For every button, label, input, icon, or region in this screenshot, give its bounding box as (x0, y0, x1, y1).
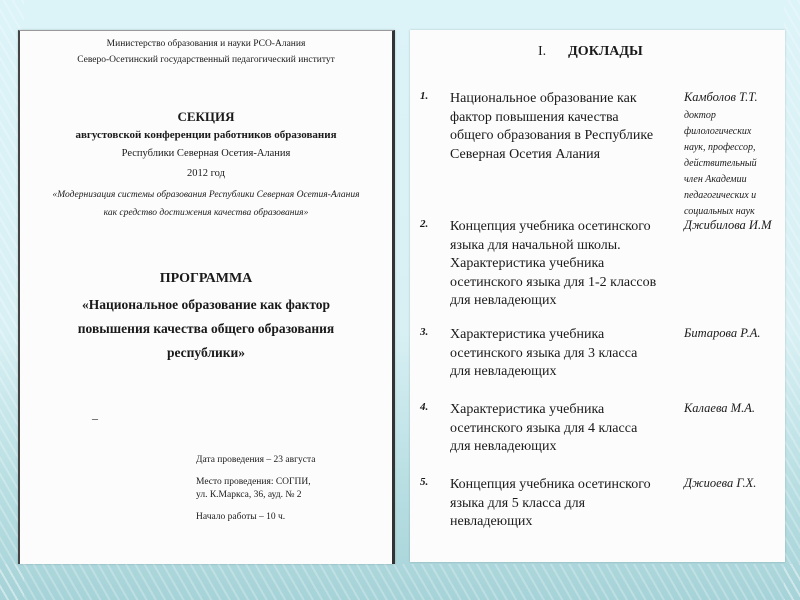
conference-theme: «Модернизация системы образования Респуб… (26, 186, 386, 222)
report-title: Концепция учебника осетинскогоязыка для … (450, 476, 690, 532)
event-place: Место проведения: СОГПИ, ул. К.Маркса, 3… (196, 476, 311, 502)
report-number: 4. (420, 401, 428, 413)
report-number: 2. (420, 218, 428, 230)
report-title: Концепция учебника осетинскогоязыка для … (450, 218, 690, 311)
event-date: Дата проведения – 23 августа (196, 454, 315, 467)
reports-heading: I.ДОКЛАДЫ (538, 44, 643, 60)
report-number: 3. (420, 326, 428, 338)
program-title: «Национальное образование как фактор пов… (40, 293, 372, 365)
republic-name: Республики Северная Осетия-Алания (20, 148, 392, 159)
report-title: Характеристика учебникаосетинского языка… (450, 326, 690, 382)
report-number: 1. (420, 90, 428, 102)
author-credentials: докторфилологическихнаук, профессор,дейс… (684, 108, 794, 220)
stray-mark: – (92, 411, 98, 426)
conference-name: августовской конференции работников обра… (20, 129, 392, 141)
program-cover-page: Министерство образования и науки РСО-Ала… (18, 30, 395, 564)
section-heading: СЕКЦИЯ (20, 109, 392, 125)
report-title: Характеристика учебникаосетинского языка… (450, 401, 690, 457)
report-author: Битарова Р.А. (684, 326, 794, 341)
report-author: Калаева М.А. (684, 401, 794, 416)
report-author: Камболов Т.Т. (684, 90, 794, 105)
report-author: Джибилова И.М (684, 218, 794, 233)
institute-name: Северо-Осетинский государственный педаго… (20, 55, 392, 65)
report-number: 5. (420, 476, 428, 488)
report-author: Джиоева Г.Х. (684, 476, 794, 491)
report-title: Национальное образование какфактор повыш… (450, 90, 690, 164)
ministry-name: Министерство образования и науки РСО-Ала… (20, 39, 392, 49)
event-start-time: Начало работы – 10 ч. (196, 511, 285, 524)
reports-page: I.ДОКЛАДЫ 1.Национальное образование как… (410, 30, 785, 562)
conference-year: 2012 год (20, 168, 392, 179)
program-heading: ПРОГРАММА (20, 271, 392, 287)
